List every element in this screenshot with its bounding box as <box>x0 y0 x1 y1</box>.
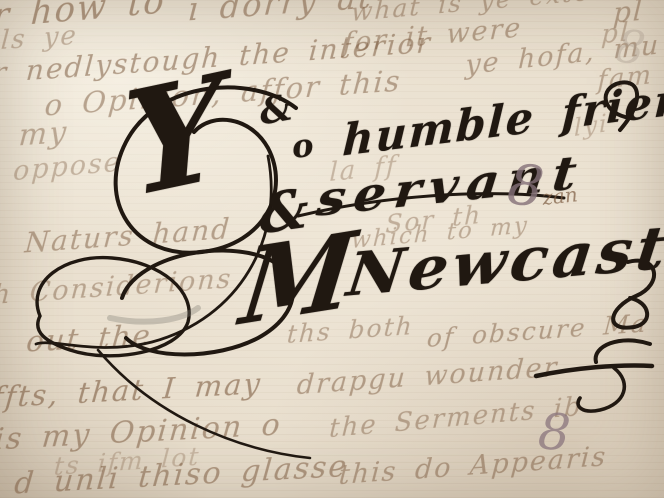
faded-script-fragment: out the <box>25 317 153 358</box>
eight-mark-top-right: 8 <box>612 18 649 76</box>
faded-script-fragment: is my Opinion o <box>0 407 283 457</box>
signature-superscript-o: o <box>290 126 315 166</box>
signature-name: Newcastle <box>343 206 664 310</box>
pencil-smudge <box>110 308 198 322</box>
signature-salutation-initial: Y <box>118 43 235 230</box>
faded-script-fragment: pl <box>612 0 645 29</box>
signature-name-initial: M <box>235 208 362 350</box>
faded-script-fragment: Naturs hand <box>24 212 233 260</box>
faded-script-fragment: what is ye exterior <box>350 0 646 27</box>
faded-script-fragment: drapgu wounder <box>296 352 560 402</box>
faded-script-fragment: the Serments ib <box>328 392 583 444</box>
faded-script-fragment: of obscure Ma <box>426 309 649 354</box>
faded-script-fragment: h Considerions <box>0 263 233 311</box>
faded-script-fragment: pl <box>600 17 630 50</box>
paraph-bar <box>536 365 652 376</box>
faded-script-fragment: r how to <box>0 0 167 36</box>
faded-script-fragment: oppose <box>12 147 122 188</box>
manuscript-page: r how toi dorry atwhat is ye exteriorpll… <box>0 0 664 498</box>
faded-script-fragment: my <box>18 115 70 154</box>
faded-script-fragment: ffts, that I may <box>0 366 263 414</box>
monogram-tail-sweep <box>98 350 310 458</box>
faded-script-fragment: ls ye <box>0 21 79 57</box>
eight-mark-bottom: 8 <box>536 402 573 463</box>
paraph-tail <box>578 368 624 411</box>
paraph-head <box>596 340 650 362</box>
faded-script-fragment: i dorry at <box>187 0 374 28</box>
faded-script-fragment: d unli thiso glasse <box>13 449 350 498</box>
faded-script-fragment: for it were <box>342 12 523 59</box>
monogram-loop-left <box>37 258 189 356</box>
faded-script-fragment: ts ifm lot <box>53 442 202 481</box>
faded-script-fragment: this do Appearis <box>338 441 609 491</box>
faded-script-fragment: ye hofa, mu <box>465 30 661 82</box>
ampersand-flourish-mark: & <box>256 86 295 133</box>
